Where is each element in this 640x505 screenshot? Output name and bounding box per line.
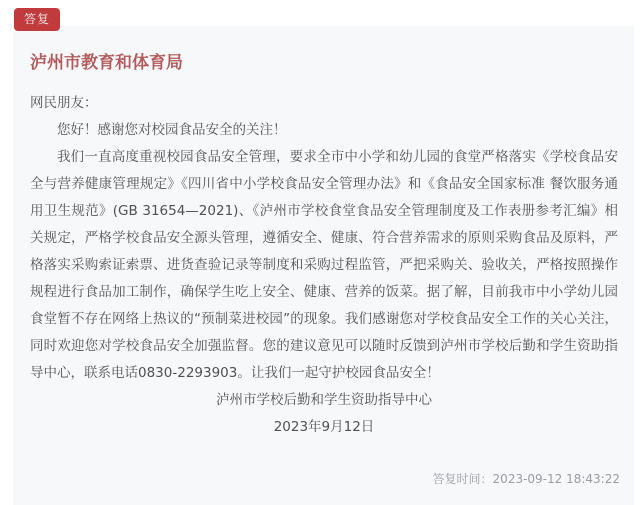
reply-timestamp: 答复时间：2023-09-12 18:43:22 bbox=[433, 470, 620, 487]
greeting-paragraph: 您好！感谢您对校园食品安全的关注！ bbox=[30, 117, 618, 144]
signature: 泸州市学校后勤和学生资助指导中心 bbox=[30, 387, 618, 414]
signature-date: 2023年9月12日 bbox=[30, 414, 618, 441]
reply-time-label: 答复时间： bbox=[433, 472, 493, 486]
letter-body: 网民朋友： 您好！感谢您对校园食品安全的关注！ 我们一直高度重视校园食品安全管理… bbox=[30, 90, 618, 441]
reply-card: 泸州市教育和体育局 网民朋友： 您好！感谢您对校园食品安全的关注！ 我们一直高度… bbox=[13, 26, 634, 505]
page: 答复 泸州市教育和体育局 网民朋友： 您好！感谢您对校园食品安全的关注！ 我们一… bbox=[0, 0, 640, 505]
reply-time-value: 2023-09-12 18:43:22 bbox=[493, 472, 620, 486]
reply-badge: 答复 bbox=[14, 8, 60, 31]
department-title: 泸州市教育和体育局 bbox=[30, 48, 618, 73]
salutation: 网民朋友： bbox=[30, 90, 618, 117]
main-paragraph: 我们一直高度重视校园食品安全管理，要求全市中小学和幼儿园的食堂严格落实《学校食品… bbox=[30, 144, 618, 387]
